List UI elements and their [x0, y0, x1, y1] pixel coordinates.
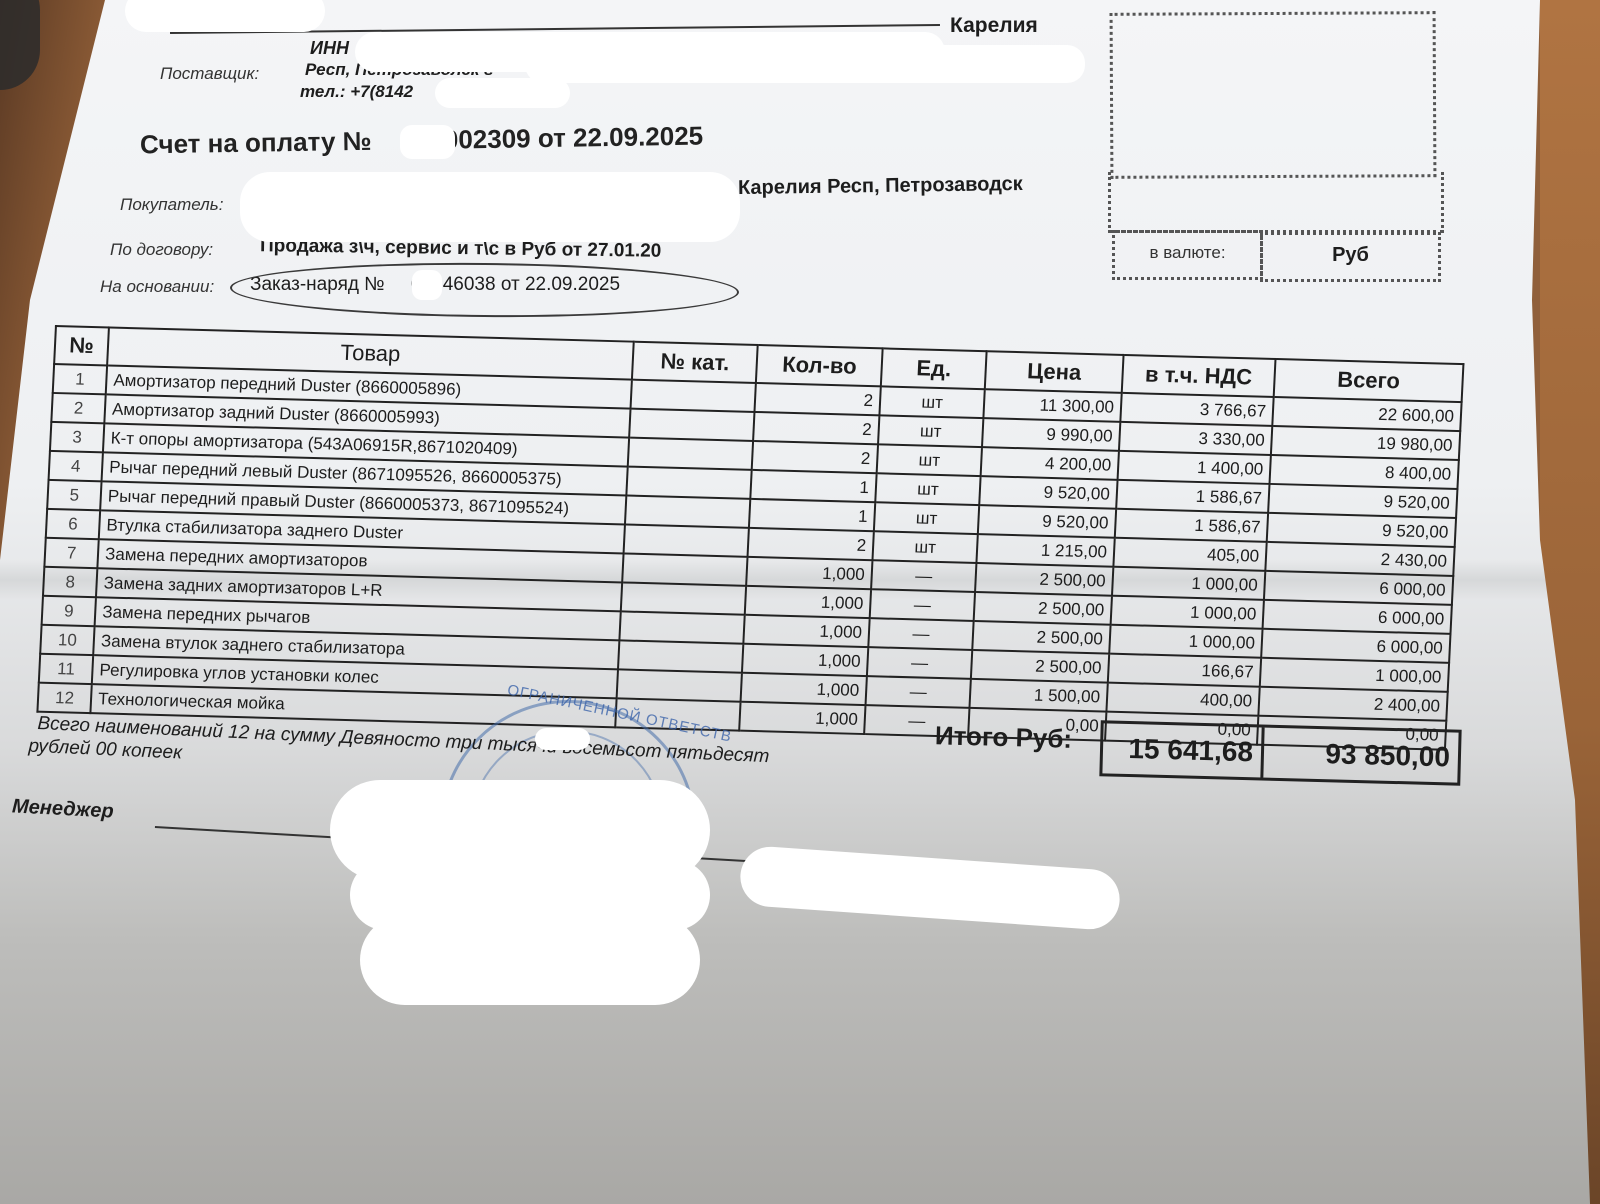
cell-qty: 1,000 [747, 557, 873, 589]
cell-cat [628, 438, 754, 470]
cell-vat: 1 586,67 [1115, 509, 1268, 542]
redaction-mask [240, 172, 740, 242]
cell-price: 1 215,00 [977, 534, 1115, 567]
cell-vat: 3 330,00 [1119, 422, 1272, 455]
totals-grand-total: 93 850,00 [1263, 728, 1458, 783]
cell-price: 4 200,00 [981, 447, 1119, 480]
col-header-qty: Кол-во [756, 345, 882, 386]
cell-vat: 166,67 [1108, 654, 1261, 687]
cell-qty: 1,000 [745, 586, 871, 618]
col-header-unit: Ед. [881, 348, 987, 389]
cell-price: 9 520,00 [978, 505, 1116, 538]
cell-vat: 1 000,00 [1111, 596, 1264, 629]
col-header-catalog: № кат. [632, 342, 758, 383]
cell-qty: 1,000 [744, 615, 870, 647]
supplier-region: Карелия [950, 14, 1038, 38]
cell-no: 8 [43, 567, 97, 597]
cell-price: 2 500,00 [971, 650, 1109, 683]
cell-cat [625, 496, 751, 528]
redaction-mask [125, 0, 325, 32]
cell-price: 11 300,00 [984, 389, 1122, 422]
cell-no: 7 [44, 538, 98, 568]
cell-unit: — [867, 647, 972, 679]
totals-vat: 15 641,68 [1102, 723, 1264, 777]
cell-unit: — [870, 589, 975, 621]
cell-vat: 1 400,00 [1118, 451, 1271, 484]
cell-vat: 405,00 [1113, 538, 1266, 571]
currency-value-box: Руб [1260, 232, 1441, 282]
cell-qty: 2 [754, 412, 880, 444]
cell-no: 10 [40, 625, 94, 655]
cell-unit: — [866, 676, 971, 708]
currency-label: в валюте: [1115, 233, 1260, 273]
cell-no: 4 [49, 451, 103, 481]
cell-qty: 1,000 [741, 673, 867, 705]
blank-box [1108, 172, 1444, 233]
cell-no: 3 [50, 422, 104, 452]
currency-value: Руб [1263, 235, 1438, 275]
cell-no: 12 [37, 683, 91, 713]
cell-cat [616, 669, 742, 701]
cell-price: 9 990,00 [982, 418, 1120, 451]
cell-cat [621, 582, 747, 614]
redaction-mask [535, 728, 590, 750]
totals-box: 15 641,68 93 850,00 [1099, 720, 1461, 785]
cell-vat: 1 000,00 [1109, 625, 1262, 658]
supplier-inn-label: ИНН [310, 38, 349, 59]
redaction-mask [525, 45, 1085, 83]
cell-price: 2 500,00 [975, 563, 1113, 596]
redaction-mask [435, 78, 570, 108]
totals-label: Итого Руб: [935, 720, 1073, 755]
supplier-phone: тел.: +7(8142 [300, 82, 413, 102]
cell-vat: 1 586,67 [1116, 480, 1269, 513]
cell-cat [623, 524, 749, 556]
cell-unit: — [871, 560, 976, 592]
cell-vat: 1 000,00 [1112, 567, 1265, 600]
contract-label: По договору: [110, 240, 213, 260]
cell-unit: шт [875, 473, 980, 505]
cell-qty: 2 [748, 528, 874, 560]
cell-no: 5 [47, 480, 101, 510]
cell-no: 1 [53, 364, 107, 394]
buyer-address: Карелия Респ, Петрозаводск [738, 173, 1023, 200]
cell-qty: 2 [752, 441, 878, 473]
cell-qty: 1,000 [742, 644, 868, 676]
cell-vat: 400,00 [1106, 683, 1259, 716]
qr-placeholder-box [1110, 11, 1437, 179]
cell-qty: 2 [755, 383, 881, 415]
cell-no: 11 [39, 654, 93, 684]
col-header-price: Цена [985, 351, 1124, 393]
redaction-mask [412, 270, 442, 300]
cell-cat [618, 640, 744, 672]
cell-price: 9 520,00 [979, 476, 1117, 509]
cell-cat [626, 467, 752, 499]
redaction-mask [400, 125, 455, 159]
cell-qty: 1 [749, 499, 875, 531]
cell-cat [630, 380, 756, 412]
redaction-mask [360, 915, 700, 1005]
cell-no: 2 [51, 393, 105, 423]
col-header-no: № [54, 326, 109, 365]
supplier-label: Поставщик: [160, 64, 259, 84]
cell-qty: 1 [751, 470, 877, 502]
col-header-vat: в т.ч. НДС [1122, 355, 1276, 397]
cell-unit: шт [878, 415, 983, 447]
cell-unit: шт [872, 531, 977, 563]
cell-vat: 3 766,67 [1120, 393, 1273, 426]
col-header-total: Всего [1274, 359, 1464, 402]
cell-unit: шт [879, 386, 984, 418]
cell-cat [629, 409, 755, 441]
cell-unit: — [868, 618, 973, 650]
invoice-items-table: № Товар № кат. Кол-во Ед. Цена в т.ч. НД… [36, 325, 1464, 751]
cell-qty: 1,000 [740, 702, 866, 734]
basis-label: На основании: [100, 277, 214, 297]
cell-price: 2 500,00 [974, 592, 1112, 625]
currency-label-box: в валюте: [1112, 230, 1263, 280]
cell-price: 1 500,00 [970, 679, 1108, 712]
dark-object-corner [0, 0, 40, 90]
cell-no: 9 [42, 596, 96, 626]
cell-cat [619, 611, 745, 643]
cell-no: 6 [46, 509, 100, 539]
cell-cat [622, 553, 748, 585]
cell-unit: шт [874, 502, 979, 534]
cell-unit: шт [877, 444, 982, 476]
buyer-label: Покупатель: [120, 195, 223, 215]
cell-price: 2 500,00 [972, 621, 1110, 654]
